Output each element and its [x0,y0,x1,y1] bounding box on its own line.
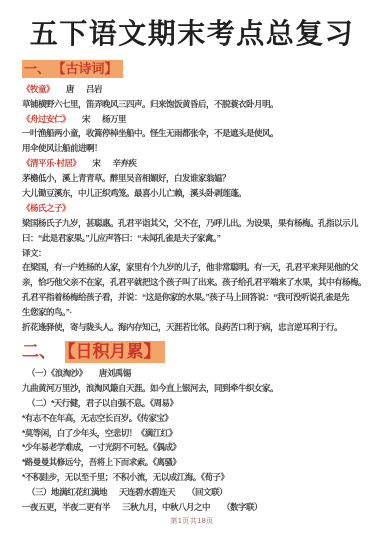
text-segment: *莫等闲，白了少年头，空悲切！《满江红》 [22,428,177,438]
text-segment: 茅檐低小，溪上青青草。醉里吴音相媚好，白发谁家翁媪？ [22,173,230,183]
section-heading: 二、【日积月累】 [22,341,362,363]
text-line: 孔君平指着杨梅给孩子看，并说：“这是你家的水果。”孩子马上回答说：“我可没听说孔… [22,290,362,305]
text-segment: 辛弃疾 [112,158,136,168]
text-segment: 吕岩 [86,84,102,94]
text-segment: 折花逢驿使，寄与陇头人。海内存知己，天涯若比邻。良药苦口利于病，忠言逆耳利于行。 [22,322,342,332]
text-line: 一夜五更，半夜二更有半三秋九月，中秋八月之中（数字联） [22,500,362,515]
text-line: 茅檐低小，溪上青青草。醉里吴音相媚好，白发谁家翁媪？ [22,171,362,186]
text-segment: 孔君平指着杨梅给孩子看，并说：“这是你家的水果。”孩子马上回答说：“我可没听说孔… [22,292,349,302]
text-line: *少年易老学难成，一寸光阴不可轻。《偶成》 [22,440,362,455]
section-label: 【日积月累】 [65,341,165,363]
text-segment: 梁国杨氏子九岁，甚聪惠。孔君平诣其父，父不在，乃呼儿出。为设果，果有杨梅。孔指以… [22,218,358,228]
text-line: （一）《浪淘沙》唐刘禹锡 [22,366,362,381]
text-segment: 宋 [82,114,90,124]
text-line: 《牧童》唐吕岩 [22,82,362,97]
text-line: 一叶渔船两小童，收篙停棹坐船中。怪生无雨都张伞，不是遮头是使风。 [22,126,362,141]
document-page: 五下语文期末考点总复习 一、【古诗词】 《牧童》唐吕岩草铺横野六七里，笛弄晚风三… [0,0,382,540]
text-segment: 九曲黄河万里沙，浪淘风簸自天涯。如今直上银河去，同到牵牛织女家。 [22,383,278,393]
section-number: 二、 [22,342,56,361]
text-segment: 用伞使风让船前进啊！ [22,143,102,153]
section-ancient-poems: 一、【古诗词】 《牧童》唐吕岩草铺横野六七里，笛弄晚风三四声。归来饱饭黄昏后，不… [22,60,362,335]
page-title: 五下语文期末考点总复习 [22,18,362,50]
text-line: 译文： [22,246,362,261]
poem-title: 《清平乐·村居》 [22,158,80,168]
text-segment: 译文： [22,248,46,258]
text-segment: 唐 [66,84,74,94]
text-line: 《杨氏之子》 [22,201,362,216]
text-segment: 曰：“此是君家果。”儿应声答曰：“未闻孔雀是夫子家禽。” [22,233,221,243]
text-segment: 亲，恰巧他父亲不在家，孔君平就把这个孩子叫了出来。孩子给孔君平端来了水果，其中有… [22,277,366,287]
text-segment: *路曼曼其修远兮，吾将上下而求索。《离骚》 [22,457,181,467]
text-line: *有志不在年高，无志空长百岁。《传家宝》 [22,411,362,426]
text-line: 用伞使风让船前进啊！ [22,141,362,156]
text-segment: 在梁国，有一户姓杨的人家，家里有个九岁的儿子，他非常聪明。有一天，孔君平来拜见他… [22,262,358,272]
text-line: 曰：“此是君家果。”儿应声答曰：“未闻孔雀是夫子家禽。” [22,231,362,246]
text-segment: （一）《浪淘沙》 [27,368,87,378]
text-line: *莫等闲，白了少年头，空悲切！《满江红》 [22,426,362,441]
text-line: 《舟过安仁》宋杨万里 [22,112,362,127]
text-line: 《清平乐·村居》宋辛弃疾 [22,156,362,171]
page-footer: 第1页共18页 [22,516,362,526]
section-heading: 一、【古诗词】 [22,60,362,78]
text-segment: 天连碧水碧连天 [119,487,175,497]
text-line: 折花逢驿使，寄与陇头人。海内存知己，天涯若比邻。良药苦口利于病，忠言逆耳利于行。 [22,320,362,335]
text-segment: *少年易老学难成，一寸光阴不可轻。《偶成》 [22,442,181,452]
text-segment: *不积跬步，无以至千里；不积小流，无以成江海。《荀子》 [22,472,229,482]
poem-title: 《杨氏之子》 [22,203,70,213]
text-segment: 一叶渔船两小童，收篙停棹坐船中。怪生无雨都张伞，不是遮头是使风。 [22,128,278,138]
heading-highlight: 一、【古诗词】 [22,60,123,78]
text-segment: 生您家的鸟。”· [22,307,72,317]
section-lines: 《牧童》唐吕岩草铺横野六七里，笛弄晚风三四声。归来饱饭黄昏后，不脱蓑衣卧月明。《… [22,82,362,335]
text-line: *不积跬步，无以至千里；不积小流，无以成江海。《荀子》 [22,470,362,485]
text-segment: 三秋九月，中秋八月之中 [122,502,210,512]
text-segment: （回文联） [187,487,227,497]
poem-title: 《舟过安仁》 [22,114,70,124]
text-line: （三）地满红花红满地天连碧水碧连天（回文联） [22,485,362,500]
text-line: 亲，恰巧他父亲不在家，孔君平就把这个孩子叫了出来。孩子给孔君平端来了水果，其中有… [22,275,362,290]
section-number: 一、 [24,61,50,76]
text-segment: （三）地满红花红满地 [27,487,107,497]
text-segment: *有志不在年高，无志空长百岁。《传家宝》 [22,413,173,423]
text-segment: 一夜五更，半夜二更有半 [22,502,110,512]
section-daily-accumulation: 二、【日积月累】 （一）《浪淘沙》唐刘禹锡九曲黄河万里沙，浪淘风簸自天涯。如今直… [22,341,362,515]
text-line: 在梁国，有一户姓杨的人家，家里有个九岁的儿子，他非常聪明。有一天，孔君平来拜见他… [22,260,362,275]
text-segment: （二）*天行健，君子以自强不息。《周易》 [27,398,178,408]
text-segment: （数字联） [222,502,262,512]
text-segment: 草铺横野六七里，笛弄晚风三四声。归来饱饭黄昏后，不脱蓑衣卧月明。 [22,99,278,109]
text-line: 草铺横野六七里，笛弄晚风三四声。归来饱饭黄昏后，不脱蓑衣卧月明。 [22,97,362,112]
text-segment: 大儿锄豆溪东，中儿正织鸡笼。最喜小儿亡赖，溪头卧剥莲蓬。 [22,188,246,198]
text-line: 九曲黄河万里沙，浪淘风簸自天涯。如今直上银河去，同到牵牛织女家。 [22,381,362,396]
poem-title: 《牧童》 [22,84,54,94]
text-segment: 宋 [92,158,100,168]
text-line: 梁国杨氏子九岁，甚聪惠。孔君平诣其父，父不在，乃呼儿出。为设果，果有杨梅。孔指以… [22,216,362,231]
section-label: 【古诗词】 [59,61,118,76]
text-line: 大儿锄豆溪东，中儿正织鸡笼。最喜小儿亡赖，溪头卧剥莲蓬。 [22,186,362,201]
text-line: *路曼曼其修远兮，吾将上下而求索。《离骚》 [22,455,362,470]
text-line: 生您家的鸟。”· [22,305,362,320]
text-segment: 唐刘禹锡 [99,368,131,378]
text-line: （二）*天行健，君子以自强不息。《周易》 [22,396,362,411]
section-lines: （一）《浪淘沙》唐刘禹锡九曲黄河万里沙，浪淘风簸自天涯。如今直上银河去，同到牵牛… [22,366,362,515]
text-segment: 杨万里 [102,114,126,124]
